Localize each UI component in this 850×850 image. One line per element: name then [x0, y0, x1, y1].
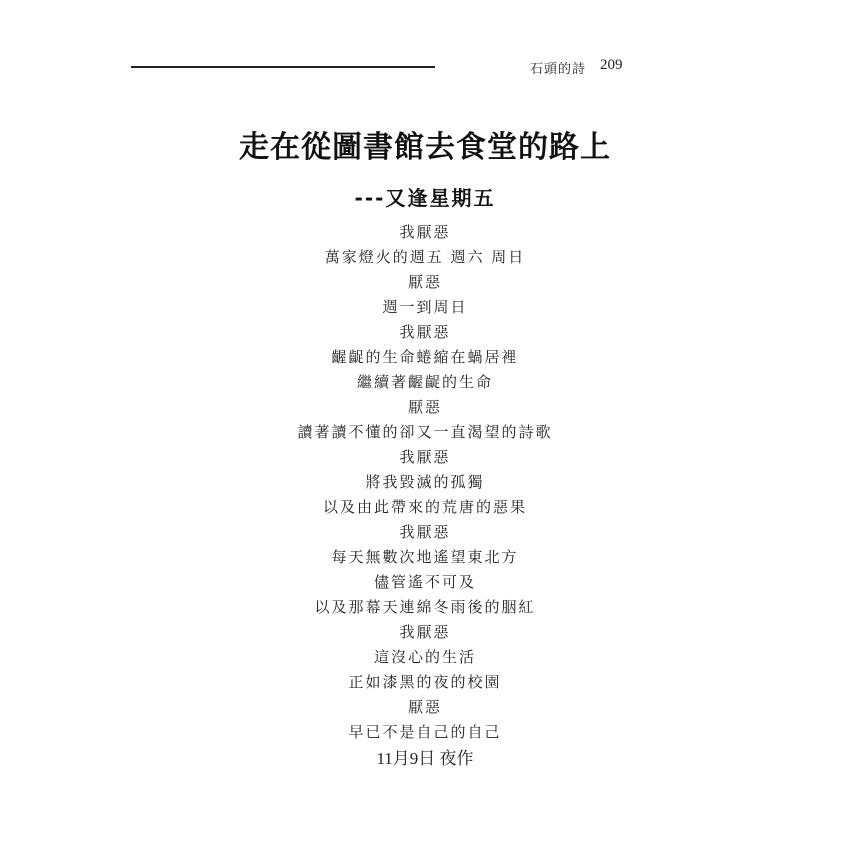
poem-line: 以及由此帶來的荒唐的惡果	[0, 495, 850, 520]
poem-line: 以及那幕天連綿冬雨後的胭紅	[0, 595, 850, 620]
poem-body: 我厭惡 萬家燈火的週五 週六 周日 厭惡 週一到周日 我厭惡 齷齪的生命蜷縮在蝸…	[0, 220, 850, 773]
poem-line: 厭惡	[0, 270, 850, 295]
poem-line: 齷齪的生命蜷縮在蝸居裡	[0, 345, 850, 370]
poem-line: 每天無數次地遙望東北方	[0, 545, 850, 570]
poem-line: 儘管遙不可及	[0, 570, 850, 595]
poem-line: 早已不是自己的自己	[0, 720, 850, 745]
poem-line: 厭惡	[0, 695, 850, 720]
running-head: 石頭的詩	[530, 58, 586, 77]
poem-line: 我厭惡	[0, 445, 850, 470]
poem-dateline: 11月9日 夜作	[0, 745, 850, 773]
poem-line: 我厭惡	[0, 620, 850, 645]
poem-title: 走在從圖書館去食堂的路上	[0, 122, 850, 166]
poem-line: 週一到周日	[0, 295, 850, 320]
poem-line: 我厭惡	[0, 320, 850, 345]
poem-line: 我厭惡	[0, 220, 850, 245]
poem-line: 萬家燈火的週五 週六 周日	[0, 245, 850, 270]
poem-line: 將我毀滅的孤獨	[0, 470, 850, 495]
poem-line: 這沒心的生活	[0, 645, 850, 670]
poem-line: 讀著讀不懂的卻又一直渴望的詩歌	[0, 420, 850, 445]
poem-line: 繼續著齷齪的生命	[0, 370, 850, 395]
poem-line: 正如漆黑的夜的校園	[0, 670, 850, 695]
page-number: 209	[600, 57, 623, 74]
poem-subtitle: ---又逢星期五	[0, 182, 850, 211]
poem-line: 厭惡	[0, 395, 850, 420]
poem-line: 我厭惡	[0, 520, 850, 545]
header-rule	[131, 66, 435, 68]
